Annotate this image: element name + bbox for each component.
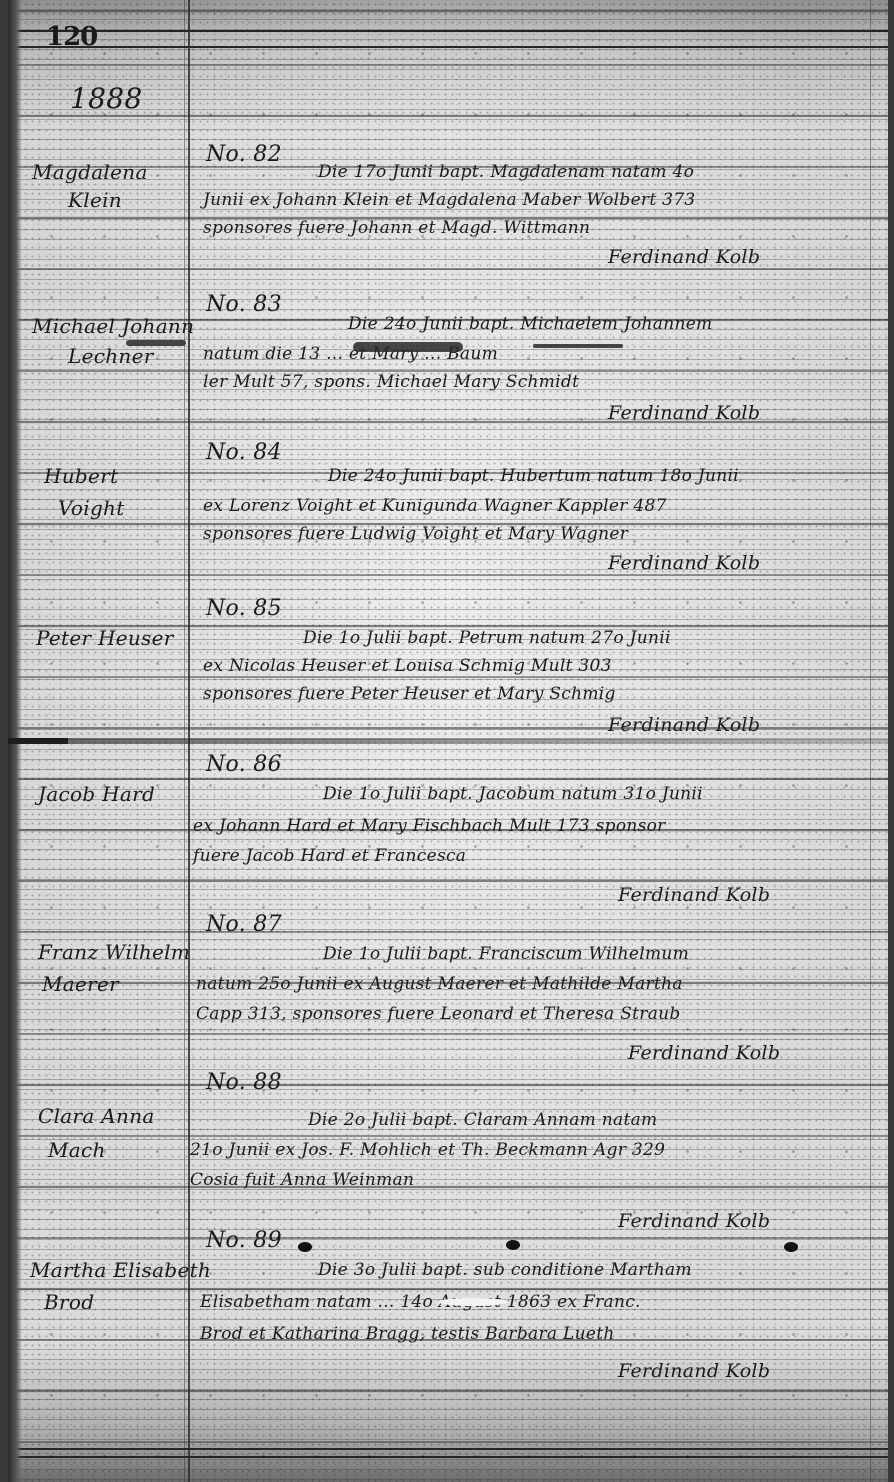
child-name-last: Klein bbox=[68, 188, 122, 212]
entry-line: Elisabetham natam ... 14o August 1863 ex… bbox=[200, 1292, 641, 1312]
entry-number: No. 86 bbox=[206, 752, 282, 777]
page-number: 120 bbox=[46, 22, 97, 52]
paper-damage bbox=[438, 1298, 508, 1306]
entry-number: No. 88 bbox=[206, 1070, 282, 1095]
entry-number: No. 85 bbox=[206, 596, 282, 621]
child-name-first: Franz Wilhelm bbox=[38, 940, 190, 964]
entry-number: No. 84 bbox=[206, 440, 282, 465]
entry-line: ler Mult 57, spons. Michael Mary Schmidt bbox=[203, 372, 579, 392]
entry-line: fuere Jacob Hard et Francesca bbox=[193, 846, 466, 866]
child-name-last: Voight bbox=[58, 496, 125, 520]
entry-line: sponsores fuere Peter Heuser et Mary Sch… bbox=[203, 684, 616, 704]
register-page: 120 1888 No. 82 Magdalena Klein Die 17o … bbox=[8, 0, 888, 1482]
entry-line: Cosia fuit Anna Weinman bbox=[190, 1170, 414, 1190]
entry-line: ex Nicolas Heuser et Louisa Schmig Mult … bbox=[203, 656, 612, 676]
strikethrough-mark bbox=[353, 342, 463, 352]
ink-blot bbox=[784, 1242, 798, 1252]
entry-number: No. 83 bbox=[206, 292, 282, 317]
priest-signature: Ferdinand Kolb bbox=[608, 714, 760, 736]
strikethrough-mark bbox=[126, 340, 186, 346]
entry-line: ex Lorenz Voight et Kunigunda Wagner Kap… bbox=[203, 496, 667, 516]
entry-line: Capp 313, sponsores fuere Leonard et The… bbox=[196, 1004, 681, 1024]
entry-line: Junii ex Johann Klein et Magdalena Maber… bbox=[203, 190, 696, 210]
entry-line: Die 17o Junii bapt. Magdalenam natam 4o bbox=[318, 162, 694, 182]
entry-line: Brod et Katharina Bragg, testis Barbara … bbox=[200, 1324, 615, 1344]
entry-line: Die 24o Junii bapt. Hubertum natum 18o J… bbox=[328, 466, 739, 486]
strikethrough-mark bbox=[533, 344, 623, 348]
entry-number: No. 87 bbox=[206, 912, 282, 937]
child-name-first: Hubert bbox=[44, 464, 118, 488]
entry-number: No. 89 bbox=[206, 1228, 282, 1253]
entry-number: No. 82 bbox=[206, 142, 282, 167]
child-name-last: Maerer bbox=[42, 972, 119, 996]
ink-blot bbox=[298, 1242, 312, 1252]
child-name-first: Peter Heuser bbox=[36, 626, 174, 650]
entry-line: Die 1o Julii bapt. Franciscum Wilhelmum bbox=[323, 944, 689, 964]
priest-signature: Ferdinand Kolb bbox=[608, 246, 760, 268]
entry-line: sponsores fuere Ludwig Voight et Mary Wa… bbox=[203, 524, 628, 544]
priest-signature: Ferdinand Kolb bbox=[618, 884, 770, 906]
child-name-first: Michael Johann bbox=[32, 314, 194, 338]
priest-signature: Ferdinand Kolb bbox=[608, 402, 760, 424]
priest-signature: Ferdinand Kolb bbox=[608, 552, 760, 574]
entry-line: 21o Junii ex Jos. F. Mohlich et Th. Beck… bbox=[190, 1140, 665, 1160]
entry-line: Die 1o Julii bapt. Jacobum natum 31o Jun… bbox=[323, 784, 703, 804]
entry-line: ex Johann Hard et Mary Fischbach Mult 17… bbox=[193, 816, 666, 836]
child-name-first: Jacob Hard bbox=[38, 782, 155, 806]
child-name-first: Martha Elisabeth bbox=[30, 1258, 211, 1282]
priest-signature: Ferdinand Kolb bbox=[628, 1042, 780, 1064]
register-year: 1888 bbox=[70, 82, 142, 115]
priest-signature: Ferdinand Kolb bbox=[618, 1360, 770, 1382]
child-name-last: Brod bbox=[44, 1290, 94, 1314]
child-name-first: Magdalena bbox=[32, 160, 148, 184]
child-name-last: Mach bbox=[48, 1138, 106, 1162]
entry-line: natum 25o Junii ex August Maerer et Math… bbox=[196, 974, 683, 994]
entry-line: sponsores fuere Johann et Magd. Wittmann bbox=[203, 218, 590, 238]
fold-line bbox=[8, 738, 888, 744]
child-name-first: Clara Anna bbox=[38, 1104, 155, 1128]
ink-blot bbox=[506, 1240, 520, 1250]
entry-line: Die 2o Julii bapt. Claram Annam natam bbox=[308, 1110, 657, 1130]
entry-line: Die 24o Junii bapt. Michaelem Johannem bbox=[348, 314, 712, 334]
priest-signature: Ferdinand Kolb bbox=[618, 1210, 770, 1232]
child-name-last: Lechner bbox=[68, 344, 154, 368]
entry-line: Die 3o Julii bapt. sub conditione Martha… bbox=[318, 1260, 692, 1280]
entry-line: Die 1o Julii bapt. Petrum natum 27o Juni… bbox=[303, 628, 671, 648]
